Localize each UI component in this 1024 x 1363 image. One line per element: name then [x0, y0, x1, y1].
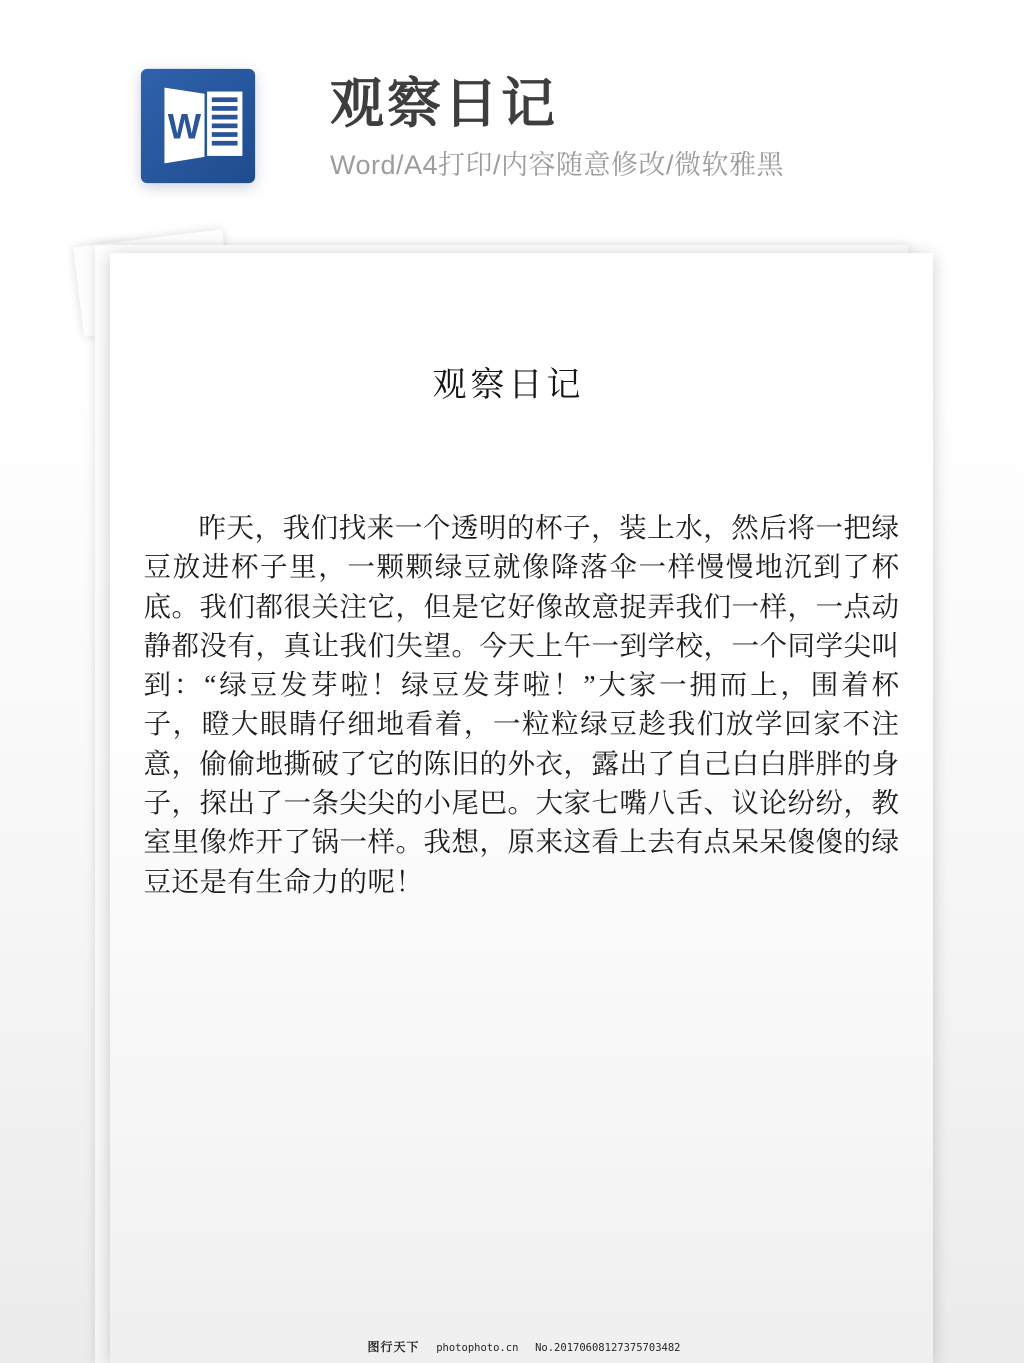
header-text: 观察日记 Word/A4打印/内容随意修改/微软雅黑 — [330, 72, 784, 182]
body-line: 室里像炸开了锅一样。我想，原来这看上去有点呆呆傻傻的绿 — [144, 822, 900, 861]
document-page: 观察日记 昨天，我们找来一个透明的杯子，装上水，然后将一把绿豆放进杯子里，一颗颗… — [110, 253, 933, 1363]
header-title: 观察日记 — [330, 72, 784, 136]
template-preview-page: W 观察日记 Word/A4打印/内容随意修改/微软雅黑 观察日记 昨天，我们找… — [0, 0, 1024, 1363]
word-icon-letter: W — [168, 107, 202, 146]
watermark-site-name: 图行天下 — [368, 1340, 420, 1354]
body-line: 昨天，我们找来一个透明的杯子，装上水，然后将一把绿 — [144, 508, 900, 547]
body-line: 静都没有，真让我们失望。今天上午一到学校，一个同学尖叫 — [144, 626, 900, 665]
body-line: 意，偷偷地撕破了它的陈旧的外衣，露出了自己白白胖胖的身 — [144, 744, 900, 783]
document-title: 观察日记 — [110, 365, 933, 407]
document-body: 昨天，我们找来一个透明的杯子，装上水，然后将一把绿豆放进杯子里，一颗颗绿豆就像降… — [144, 508, 900, 901]
body-line: 底。我们都很关注它，但是它好像故意捉弄我们一样，一点动 — [144, 587, 900, 626]
watermark-serial: No.20170608127375703482 — [535, 1342, 680, 1354]
watermark-domain: photophoto.cn — [436, 1342, 518, 1354]
body-line: 子，探出了一条尖尖的小尾巴。大家七嘴八舌、议论纷纷，教 — [144, 783, 900, 822]
watermark-footer: 图行天下 photophoto.cn No.201706081273757034… — [368, 1339, 681, 1356]
word-icon: W — [140, 66, 256, 186]
header: W 观察日记 Word/A4打印/内容随意修改/微软雅黑 — [0, 0, 1024, 230]
body-line: 豆还是有生命力的呢！ — [144, 862, 900, 901]
body-line: 到：“绿豆发芽啦！绿豆发芽啦！”大家一拥而上，围着杯 — [144, 665, 900, 704]
body-line: 豆放进杯子里，一颗颗绿豆就像降落伞一样慢慢地沉到了杯 — [144, 547, 900, 586]
body-line: 子，瞪大眼睛仔细地看着，一粒粒绿豆趁我们放学回家不注 — [144, 704, 900, 743]
header-subtitle: Word/A4打印/内容随意修改/微软雅黑 — [330, 148, 784, 182]
word-logo-graphic: W — [140, 66, 256, 186]
